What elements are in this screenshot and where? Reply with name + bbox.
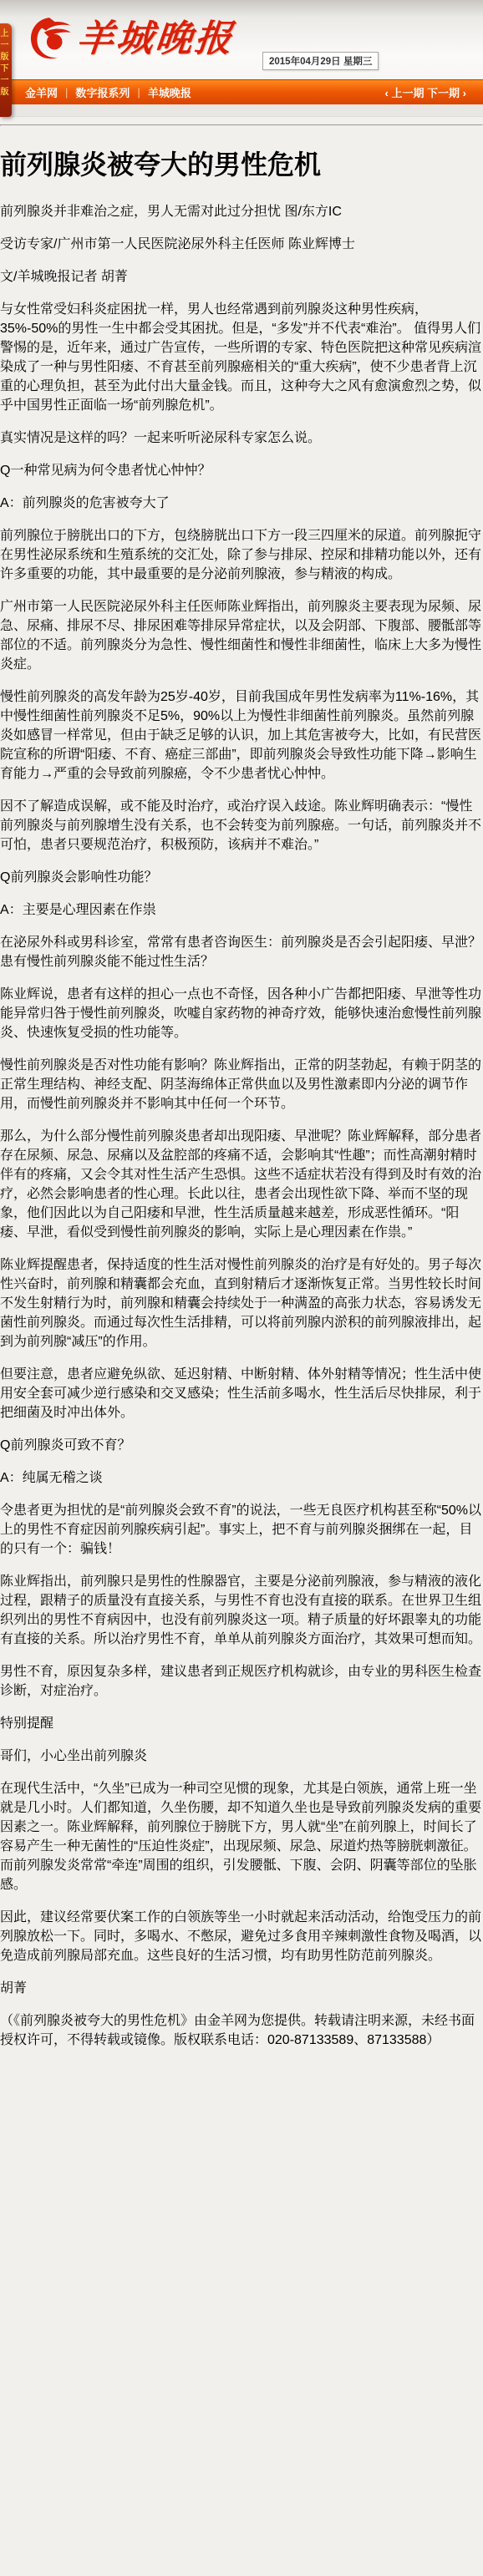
article-panel: 上一篇 下一篇 放大 + 缩小 − 默认 前列腺炎被夸大的男性危机 xyxy=(0,79,483,2048)
article-paragraph: 慢性前列腺炎是否对性功能有影响？陈业辉指出，正常的阴茎勃起，有赖于阴茎的正常生理… xyxy=(0,1054,483,1112)
edition-ribbon[interactable]: 上一版下一版 xyxy=(0,23,12,117)
article-paragraph: 与女性常受妇科炎症困扰一样，男人也经常遇到前列腺炎这种男性疾病，35%-50%的… xyxy=(0,298,483,413)
expert-line: 受访专家/广州市第一人民医院泌尿外科主任医师 陈业辉博士 xyxy=(0,233,483,252)
masthead-logo-text: 羊城晚报 xyxy=(75,21,236,58)
copyright-note: （《前列腺炎被夸大的男性危机》由金羊网为您提供。转载请注明来源，未经书面授权许可… xyxy=(0,2010,483,2048)
article-paragraph: 陈业辉指出，前列腺只是男性的性腺器官，主要是分泌前列腺液，参与精液的液化过程，跟… xyxy=(0,1570,483,1647)
author-signature: 胡菁 xyxy=(0,1977,483,1996)
article-paragraph: 但要注意，患者应避免纵欲、延迟射精、中断射精、体外射精等情况；性生活中使用安全套… xyxy=(0,1363,483,1421)
masthead-logo[interactable]: 羊城晚报 xyxy=(23,13,234,65)
article-paragraph: A：主要是心理因素在作祟 xyxy=(0,899,483,918)
article-paragraph: 因不了解造成误解，或不能及时治疗，或治疗误入歧途。陈业辉明确表示：“慢性前列腺炎… xyxy=(0,795,483,853)
article-paragraph: 真实情况是这样的吗？一起来听听泌尿科专家怎么说。 xyxy=(0,427,483,446)
prev-next-issue-links[interactable]: ‹ 上一期 下一期 › xyxy=(385,84,467,100)
navbar-links: 金羊网 | 数字报系列 | 羊城晚报 xyxy=(25,84,191,100)
issue-navigation: ‹ 上一期 下一期 › xyxy=(385,84,467,100)
article-paragraph: Q前列腺炎可致不育？ xyxy=(0,1434,483,1453)
masthead: 上一版下一版 羊城晚报 2015年04月29日 星期三 xyxy=(0,0,483,79)
article-paragraph: 那么，为什么部分慢性前列腺炎患者却出现阳痿、早泄呢？陈业辉解释，部分患者存在尿频… xyxy=(0,1125,483,1240)
article-paragraph: A：纯属无稽之谈 xyxy=(0,1467,483,1486)
issue-date: 2015年04月29日 星期三 xyxy=(262,52,379,70)
article-title: 前列腺炎被夸大的男性危机 xyxy=(0,144,483,182)
article-paragraph: A：前列腺炎的危害被夸大了 xyxy=(0,492,483,511)
article-paragraph: Q前列腺炎会影响性功能？ xyxy=(0,866,483,885)
photo-caption: 前列腺炎并非难治之症，男人无需对此过分担忧 图/东方IC xyxy=(0,200,483,220)
nav-link-yangcheng[interactable]: 羊城晚报 xyxy=(148,84,191,100)
article-paragraph: Q一种常见病为何令患者忧心忡忡？ xyxy=(0,459,483,479)
article-paragraph: 男性不育，原因复杂多样，建议患者到正规医疗机构就诊，由专业的男科医生检查诊断，对… xyxy=(0,1661,483,1699)
article-paragraph: 陈业辉提醒患者，保持适度的性生活对慢性前列腺炎的治疗是有好处的。男子每次性兴奋时… xyxy=(0,1254,483,1350)
article-paragraph: 慢性前列腺炎的高发年龄为25岁-40岁，目前我国成年男性发病率为11%-16%，… xyxy=(0,686,483,782)
left-edge-ribbon xyxy=(0,206,3,276)
nav-separator: | xyxy=(137,86,140,99)
nav-link-digital-series[interactable]: 数字报系列 xyxy=(75,84,130,100)
nav-link-jinyangwang[interactable]: 金羊网 xyxy=(25,84,58,100)
article-paragraph: 在现代生活中，“久坐”已成为一种司空见惯的现象，尤其是白领族，通常上班一坐就是几… xyxy=(0,1777,483,1893)
article-body: 与女性常受妇科炎症困扰一样，男人也经常遇到前列腺炎这种男性疾病，35%-50%的… xyxy=(0,298,483,1964)
nav-separator: | xyxy=(65,86,68,99)
article-paragraph: 哥们，小心坐出前列腺炎 xyxy=(0,1745,483,1764)
newspaper-logo-icon xyxy=(23,13,75,65)
article-paragraph: 陈业辉说，患者有这样的担心一点也不奇怪，因各种小广告都把阳痿、早泄等性功能异常归… xyxy=(0,983,483,1041)
article-paragraph: 前列腺位于膀胱出口的下方，包绕膀胱出口下方一段三四厘米的尿道。前列腺扼守在男性泌… xyxy=(0,525,483,582)
byline: 文/羊城晚报记者 胡菁 xyxy=(0,266,483,285)
edition-ribbon-label: 上一版下一版 xyxy=(0,28,9,99)
article-paragraph: 令患者更为担忧的是“前列腺炎会致不育”的说法，一些无良医疗机构甚至称“50%以上… xyxy=(0,1499,483,1557)
article-paragraph: 因此，建议经常要伏案工作的白领族等坐一小时就起来活动活动，给饱受压力的前列腺放松… xyxy=(0,1906,483,1964)
top-navbar: 金羊网 | 数字报系列 | 羊城晚报 ‹ 上一期 下一期 › xyxy=(0,79,483,104)
toolbar-divider xyxy=(0,124,483,126)
article-paragraph: 在泌尿外科或男科诊室，常常有患者咨询医生：前列腺炎是否会引起阳痿、早泄？患有慢性… xyxy=(0,931,483,970)
article-paragraph: 特别提醒 xyxy=(0,1712,483,1732)
header-divider-strip xyxy=(0,104,483,117)
article-paragraph: 广州市第一人民医院泌尿外科主任医师陈业辉指出，前列腺炎主要表现为尿频、尿急、尿痛… xyxy=(0,596,483,672)
article-lead-block: 前列腺炎并非难治之症，男人无需对此过分担忧 图/东方IC 受访专家/广州市第一人… xyxy=(0,200,483,285)
